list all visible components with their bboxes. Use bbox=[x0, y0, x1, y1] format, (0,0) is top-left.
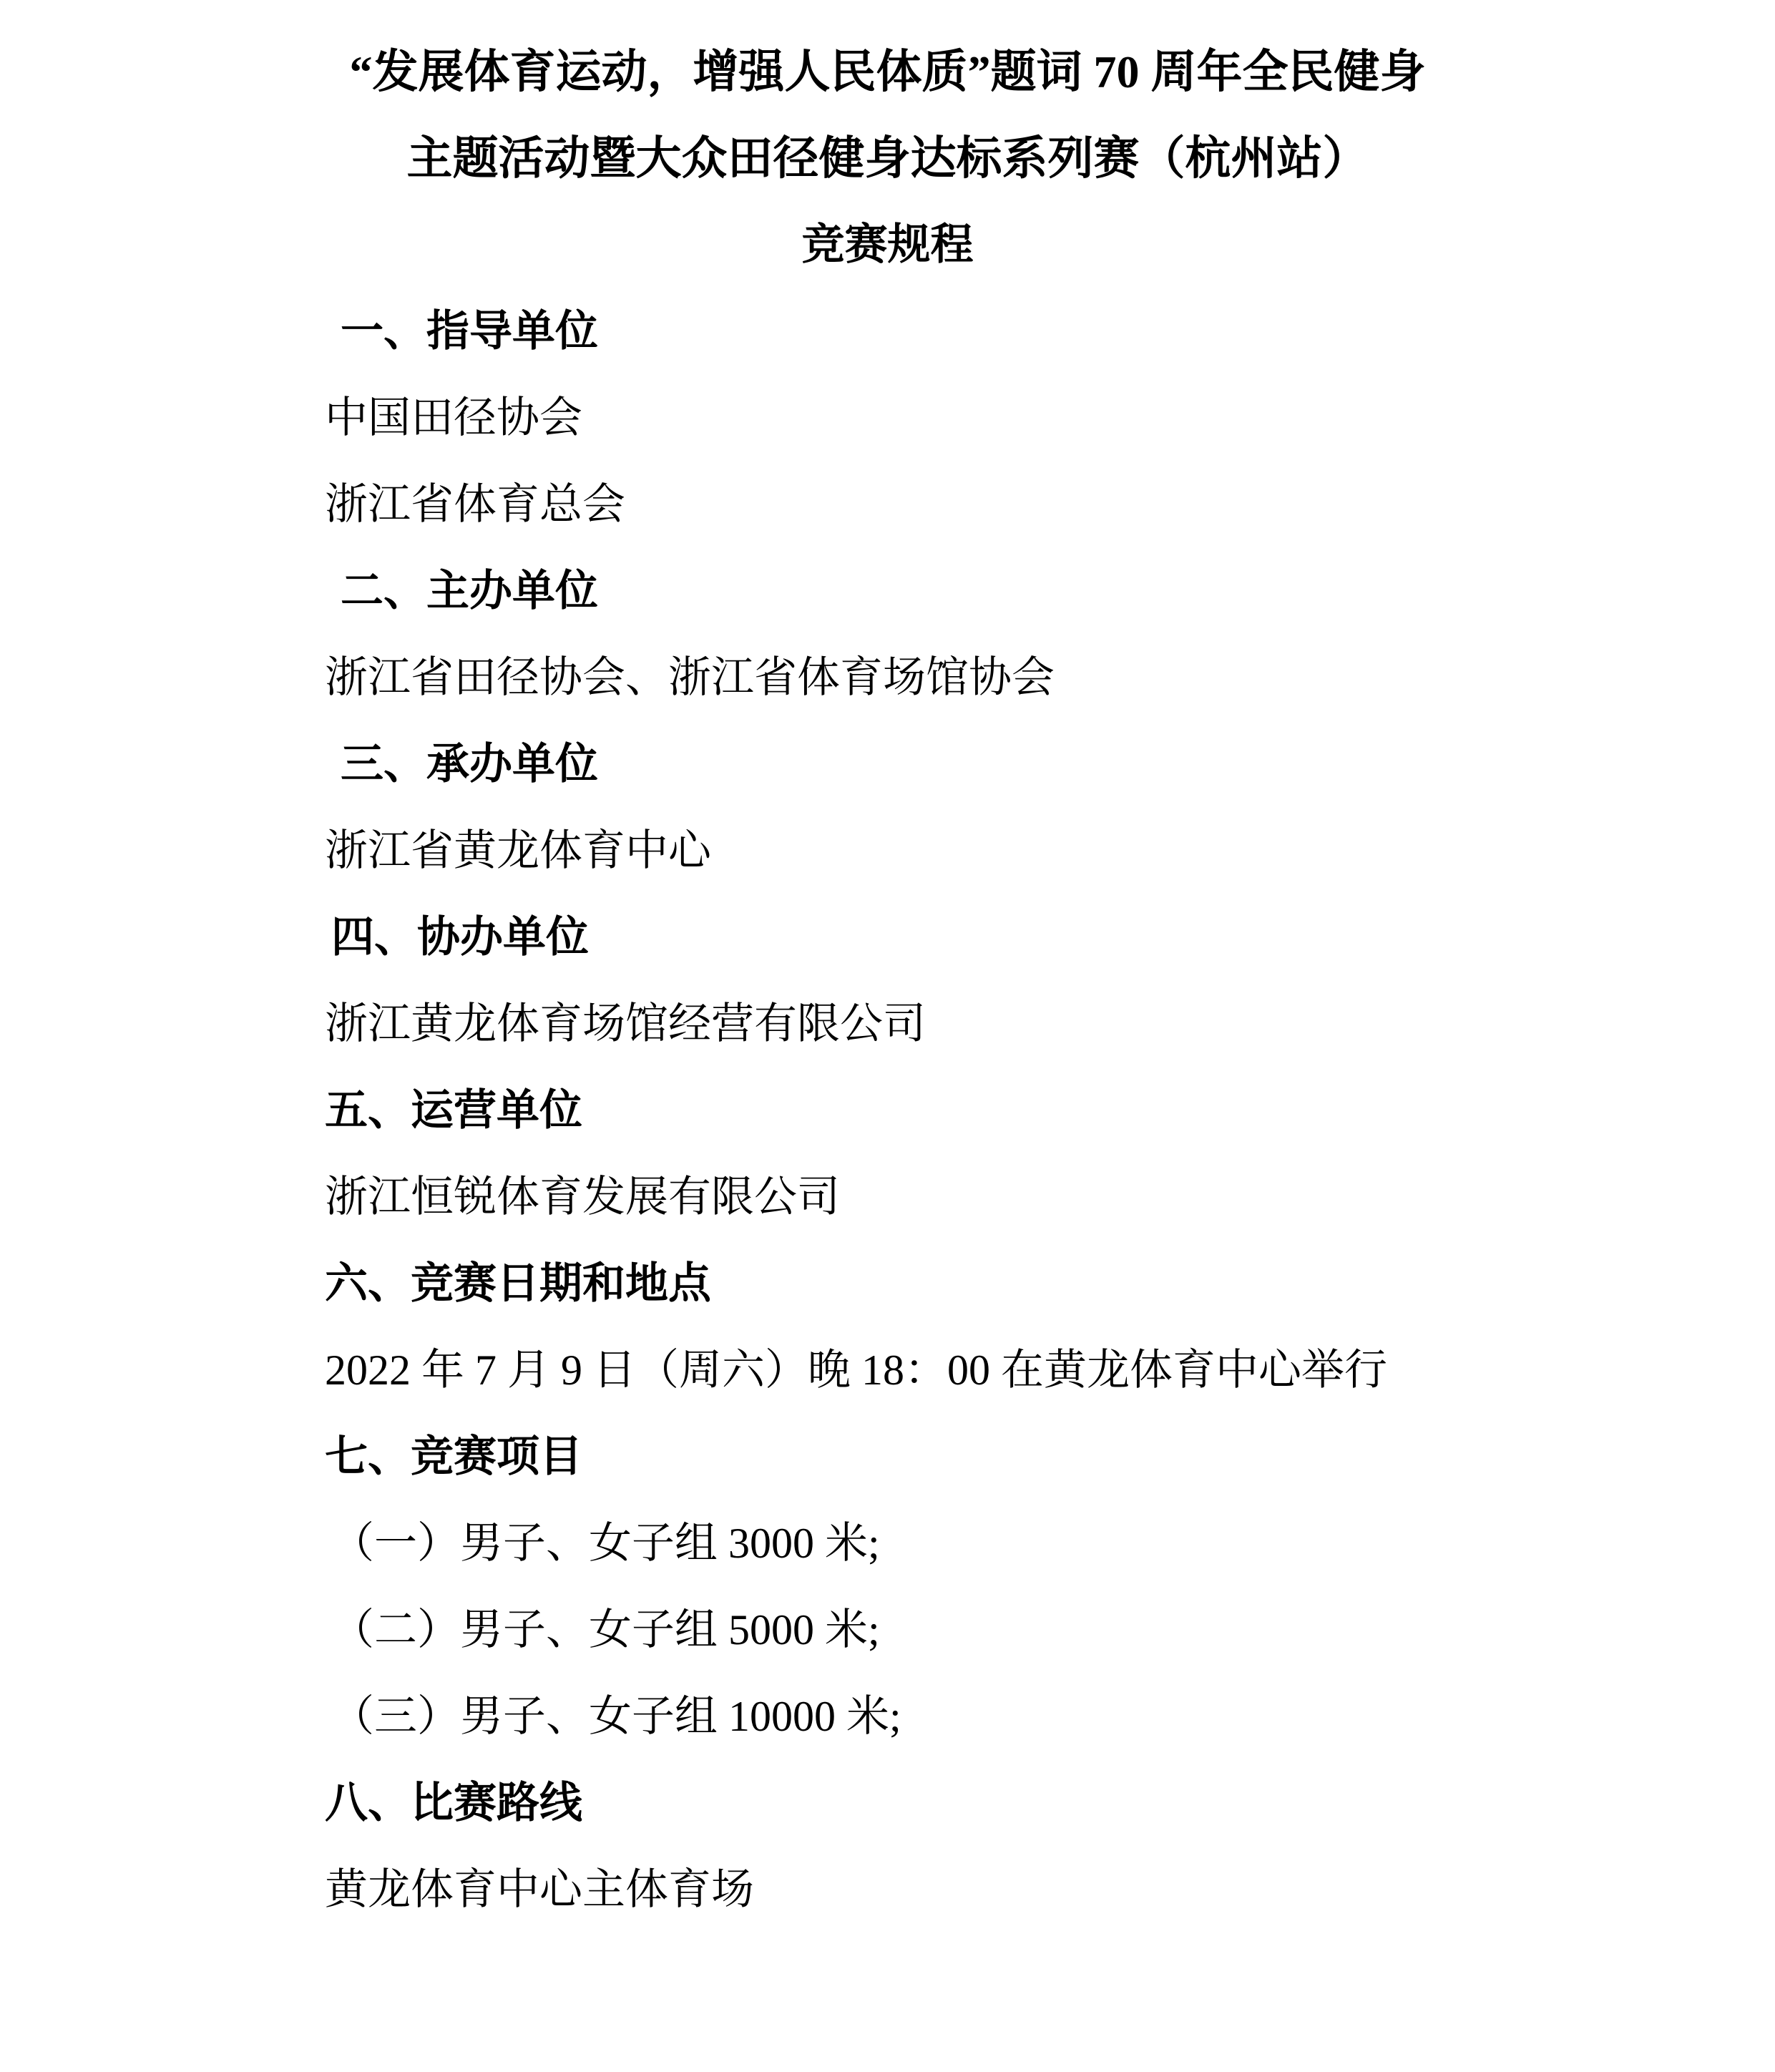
section-7-line-3: （三）男子、女子组 10000 米; bbox=[325, 1673, 1450, 1760]
section-8-heading: 八、比赛路线 bbox=[325, 1760, 1450, 1847]
section-1-line-2: 浙江省体育总会 bbox=[325, 461, 1450, 548]
section-6-heading: 六、竞赛日期和地点 bbox=[325, 1241, 1450, 1327]
doc-subtitle: 竞赛规程 bbox=[325, 202, 1450, 288]
section-5-line-1: 浙江恒锐体育发展有限公司 bbox=[325, 1154, 1450, 1241]
section-7-heading: 七、竞赛项目 bbox=[325, 1414, 1450, 1500]
section-7-line-1: （一）男子、女子组 3000 米; bbox=[325, 1500, 1450, 1587]
doc-title-line-2: 主题活动暨大众田径健身达标系列赛（杭州站） bbox=[325, 115, 1450, 202]
section-8-line-1: 黄龙体育中心主体育场 bbox=[325, 1847, 1450, 1933]
document-page: “发展体育运动，增强人民体质”题词 70 周年全民健身 主题活动暨大众田径健身达… bbox=[0, 0, 1775, 2072]
doc-title-line-1: “发展体育运动，增强人民体质”题词 70 周年全民健身 bbox=[325, 29, 1450, 115]
document-content: “发展体育运动，增强人民体质”题词 70 周年全民健身 主题活动暨大众田径健身达… bbox=[325, 29, 1450, 1933]
section-1-line-1: 中国田径协会 bbox=[325, 375, 1450, 461]
section-6-line-1: 2022 年 7 月 9 日（周六）晚 18：00 在黄龙体育中心举行 bbox=[325, 1327, 1450, 1414]
section-2-line-1: 浙江省田径协会、浙江省体育场馆协会 bbox=[325, 635, 1450, 721]
section-4-heading: 四、协办单位 bbox=[325, 894, 1450, 981]
section-2-heading: 二、主办单位 bbox=[325, 548, 1450, 635]
section-1-heading: 一、指导单位 bbox=[325, 288, 1450, 375]
section-3-heading: 三、承办单位 bbox=[325, 721, 1450, 808]
section-3-line-1: 浙江省黄龙体育中心 bbox=[325, 808, 1450, 894]
section-4-line-1: 浙江黄龙体育场馆经营有限公司 bbox=[325, 981, 1450, 1067]
section-7-line-2: （二）男子、女子组 5000 米; bbox=[325, 1587, 1450, 1673]
section-5-heading: 五、运营单位 bbox=[325, 1067, 1450, 1154]
